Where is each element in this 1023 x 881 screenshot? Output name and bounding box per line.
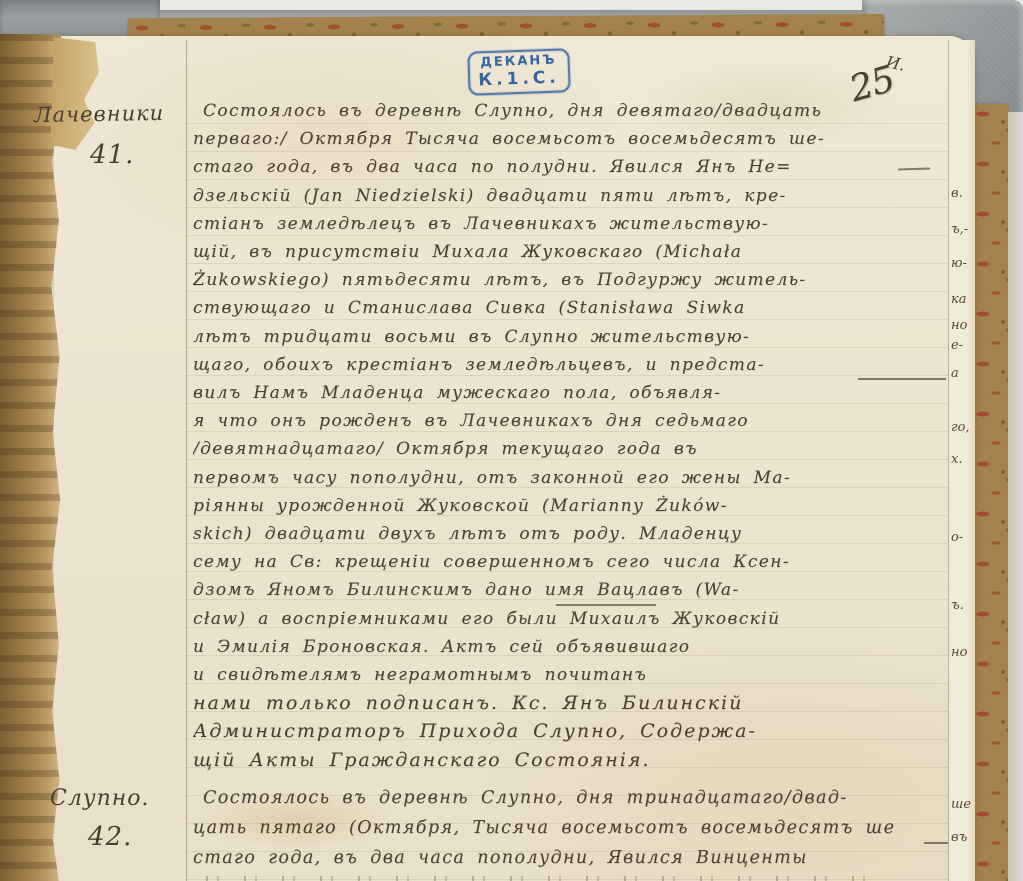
record-41-line: дзомъ Яномъ Билинскимъ дано имя Вацлавъ … <box>193 576 950 604</box>
record-41-line: Żukowskiego) пятьдесяти лѣтъ, въ Подгурж… <box>193 266 950 294</box>
record-41-line: лѣтъ тридцати восьми въ Слупно жительств… <box>193 323 950 351</box>
record-41-line: первомъ часу пополудни, отъ законной его… <box>193 464 950 492</box>
edge-overflow-char: ка <box>951 292 975 307</box>
margin-number-entry-41: 41. <box>90 140 134 170</box>
record-41-line-signature: щій Акты Гражданскаго Состоянія. <box>193 746 950 774</box>
margin-place-entry-42: Слупно. <box>50 786 150 811</box>
record-41-line: cław) а воспріемниками его были Михаилъ … <box>193 605 950 633</box>
edge-overflow-char: но <box>951 318 975 333</box>
edge-overflow-char: го, <box>951 420 975 435</box>
record-41-line: щій, въ присутствіи Михала Жуковскаго (M… <box>193 238 950 266</box>
scan-background-right <box>1008 112 1023 881</box>
record-41-line: щаго, обоихъ крестіанъ земледѣльцевъ, и … <box>193 351 950 379</box>
ink-underline <box>556 604 656 606</box>
ink-underline <box>858 378 946 380</box>
record-41-line: ствующаго и Станислава Сивка (Stanisława… <box>193 294 950 322</box>
ink-underline <box>924 842 948 844</box>
record-41-line: вилъ Намъ Младенца мужескаго пола, объяв… <box>193 379 950 407</box>
record-42-line: Состоялось въ деревнѣ Слупно, дня тринад… <box>193 783 950 813</box>
record-42-line: цать пятаго (Октября, Тысяча восемьсотъ … <box>193 813 950 843</box>
edge-overflow-char: въ <box>951 830 975 845</box>
record-41-line: ріянны урожденной Жуковской (Marianny Żu… <box>193 492 950 520</box>
record-41-line: Состоялось въ деревнѣ Слупно, дня девята… <box>193 97 950 125</box>
record-41-line: я что онъ рожденъ въ Лачевникахъ дня сед… <box>193 407 950 435</box>
margin-number-entry-42: 42. <box>88 822 132 852</box>
margin-rule-line <box>186 40 187 881</box>
dean-ink-stamp: ДЕКАНЪ К.1.С. <box>467 48 570 96</box>
edge-overflow-char: о- <box>951 530 975 545</box>
stamp-text-code: К.1.С. <box>478 68 560 91</box>
record-41-line: стаго года, въ два часа по полудни. Явил… <box>193 153 950 181</box>
edge-overflow-char: ъ,- <box>951 222 975 237</box>
clipped-line-letter-tops <box>193 876 883 881</box>
record-41-line: /девятнадцатаго/ Октября текущаго года в… <box>193 435 950 463</box>
record-41-line-signature: нами только подписанъ. Кс. Янъ Билинскій <box>193 689 950 717</box>
register-page-scan: ДЕКАНЪ К.1.С. И. 25 Лачевники 41. Слупно… <box>0 0 1023 881</box>
record-41-line: дзельскій (Jan Niedzielski) двадцати пят… <box>193 182 950 210</box>
torn-binding-edge-left <box>0 34 62 881</box>
record-41-line: и свидѣтелямъ неграмотнымъ почитанъ <box>193 661 950 689</box>
edge-overflow-char: но <box>951 645 975 660</box>
record-41-line: skich) двадцати двухъ лѣтъ отъ роду. Мла… <box>193 520 950 548</box>
record-42-text: Состоялось въ деревнѣ Слупно, дня тринад… <box>193 783 950 881</box>
edge-overflow-char: е- <box>951 338 975 353</box>
floral-cover-border-right <box>969 104 1009 881</box>
edge-overflow-char: в. <box>951 186 975 201</box>
edge-overflow-char: ше <box>951 797 975 812</box>
record-41-line: стіанъ земледѣлецъ въ Лачевникахъ житель… <box>193 210 950 238</box>
edge-overflow-char: х. <box>951 452 975 467</box>
record-42-line: стаго года, въ два часа пополудни, Явилс… <box>193 843 950 873</box>
record-41-text: Состоялось въ деревнѣ Слупно, дня девята… <box>193 97 950 779</box>
margin-place-entry-41: Лачевники <box>34 101 165 127</box>
record-41-line: перваго:/ Октября Тысяча восемьсотъ восе… <box>193 125 950 153</box>
record-41-line: сему на Св: крещеніи совершенномъ сего ч… <box>193 548 950 576</box>
edge-overflow-char: ю- <box>951 256 975 271</box>
record-41-line-signature: Администраторъ Прихода Слупно, Содержа- <box>193 717 950 745</box>
record-41-line: и Эмилія Броновская. Актъ сей объявившаг… <box>193 633 950 661</box>
edge-overflow-char: а <box>951 366 975 381</box>
edge-overflow-char: ъ. <box>951 598 975 613</box>
